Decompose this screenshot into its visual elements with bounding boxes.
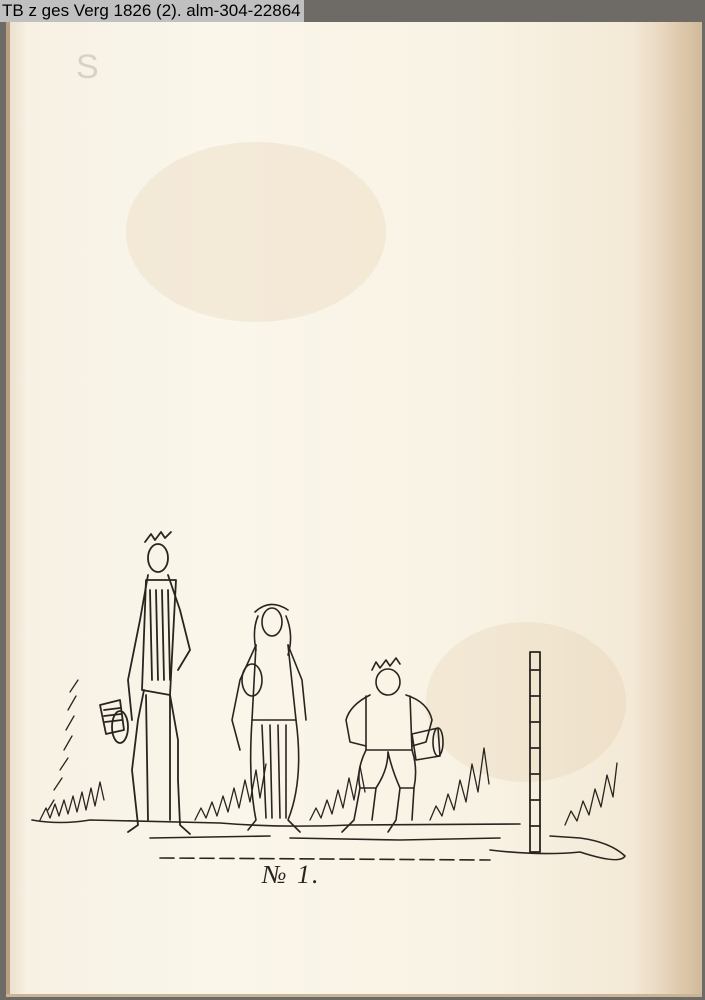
figure-stout-man bbox=[342, 658, 443, 832]
figure-tall-man bbox=[100, 532, 190, 834]
page-right-edge bbox=[666, 22, 702, 994]
image-caption-label: TB z ges Verg 1826 (2). alm-304-22864 bbox=[0, 0, 304, 22]
striped-post bbox=[530, 652, 540, 852]
illustration-engraving bbox=[20, 520, 660, 900]
page-left-edge bbox=[6, 22, 10, 994]
paper-stain bbox=[126, 142, 386, 322]
plate-number: № 1. bbox=[262, 860, 321, 890]
figure-young-man bbox=[232, 604, 306, 832]
watermark-letter: S bbox=[76, 48, 99, 87]
